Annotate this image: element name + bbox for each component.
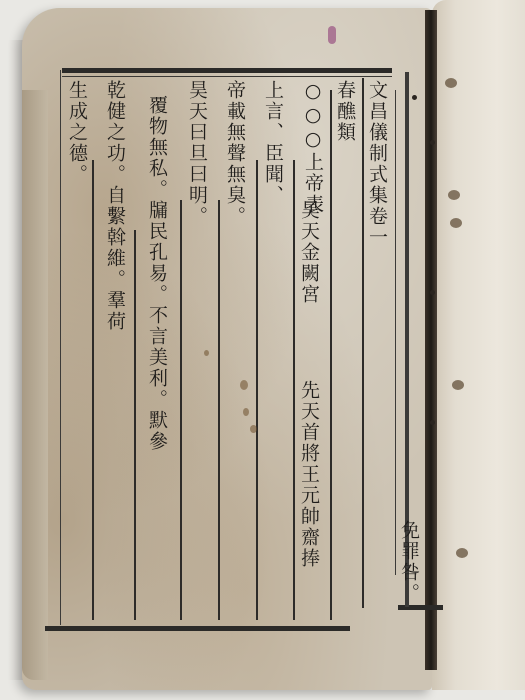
book-spine	[425, 10, 437, 670]
title-column: 文昌儀制式集卷一	[366, 80, 388, 248]
column-rule	[330, 90, 332, 620]
binding-thread	[412, 95, 417, 100]
stain	[243, 408, 249, 416]
text-column-fuwu: 覆物無私。牖民孔易。不言美利。默參	[146, 95, 168, 452]
binding-thread	[430, 140, 435, 145]
text-column-xiantian: 先天首將王元帥齋捧	[298, 380, 320, 569]
binding-thread	[430, 290, 435, 295]
column-rule	[293, 160, 295, 620]
stain	[240, 380, 248, 390]
text-column-shangyan: 上言、臣聞、	[262, 80, 284, 206]
stain	[250, 425, 257, 433]
worm-hole	[452, 380, 464, 390]
column-rule	[218, 200, 220, 620]
column-rule	[362, 78, 364, 608]
frame-border-top-inner	[62, 76, 392, 77]
worm-hole	[445, 78, 457, 88]
column-rule	[134, 230, 136, 620]
stain	[204, 350, 209, 356]
text-column-haotian: 昊天金闕宮	[298, 200, 320, 305]
text-column-chunxi: 春醮類	[334, 80, 356, 143]
column-rule	[256, 160, 258, 620]
purple-stain	[328, 26, 336, 44]
frame-border-top	[62, 68, 392, 73]
column-rule	[92, 160, 94, 620]
text-column-dizai: 帝載無聲無臭。	[224, 80, 246, 227]
frame-border-right-inner	[395, 90, 396, 575]
facing-leaf	[432, 0, 525, 690]
page-edge-stack	[22, 90, 48, 680]
text-column-haotian-yue: 昊天曰旦曰明。	[186, 80, 208, 227]
worm-hole	[450, 218, 462, 228]
worm-hole	[448, 190, 460, 200]
text-column-shengcheng: 生成之德。	[66, 80, 88, 185]
text-column-zuijiu: 免罪咎。	[398, 520, 420, 604]
column-rule	[180, 200, 182, 620]
text-column-qianjian: 乾健之功。自繫斡維。羣荷	[104, 80, 126, 332]
worm-hole	[456, 548, 468, 558]
binding-thread	[430, 420, 435, 425]
frame-border-bottom	[45, 626, 350, 631]
frame-border-left	[60, 70, 61, 625]
text-column-shangdi-biao: ○○○上帝表	[302, 80, 324, 215]
